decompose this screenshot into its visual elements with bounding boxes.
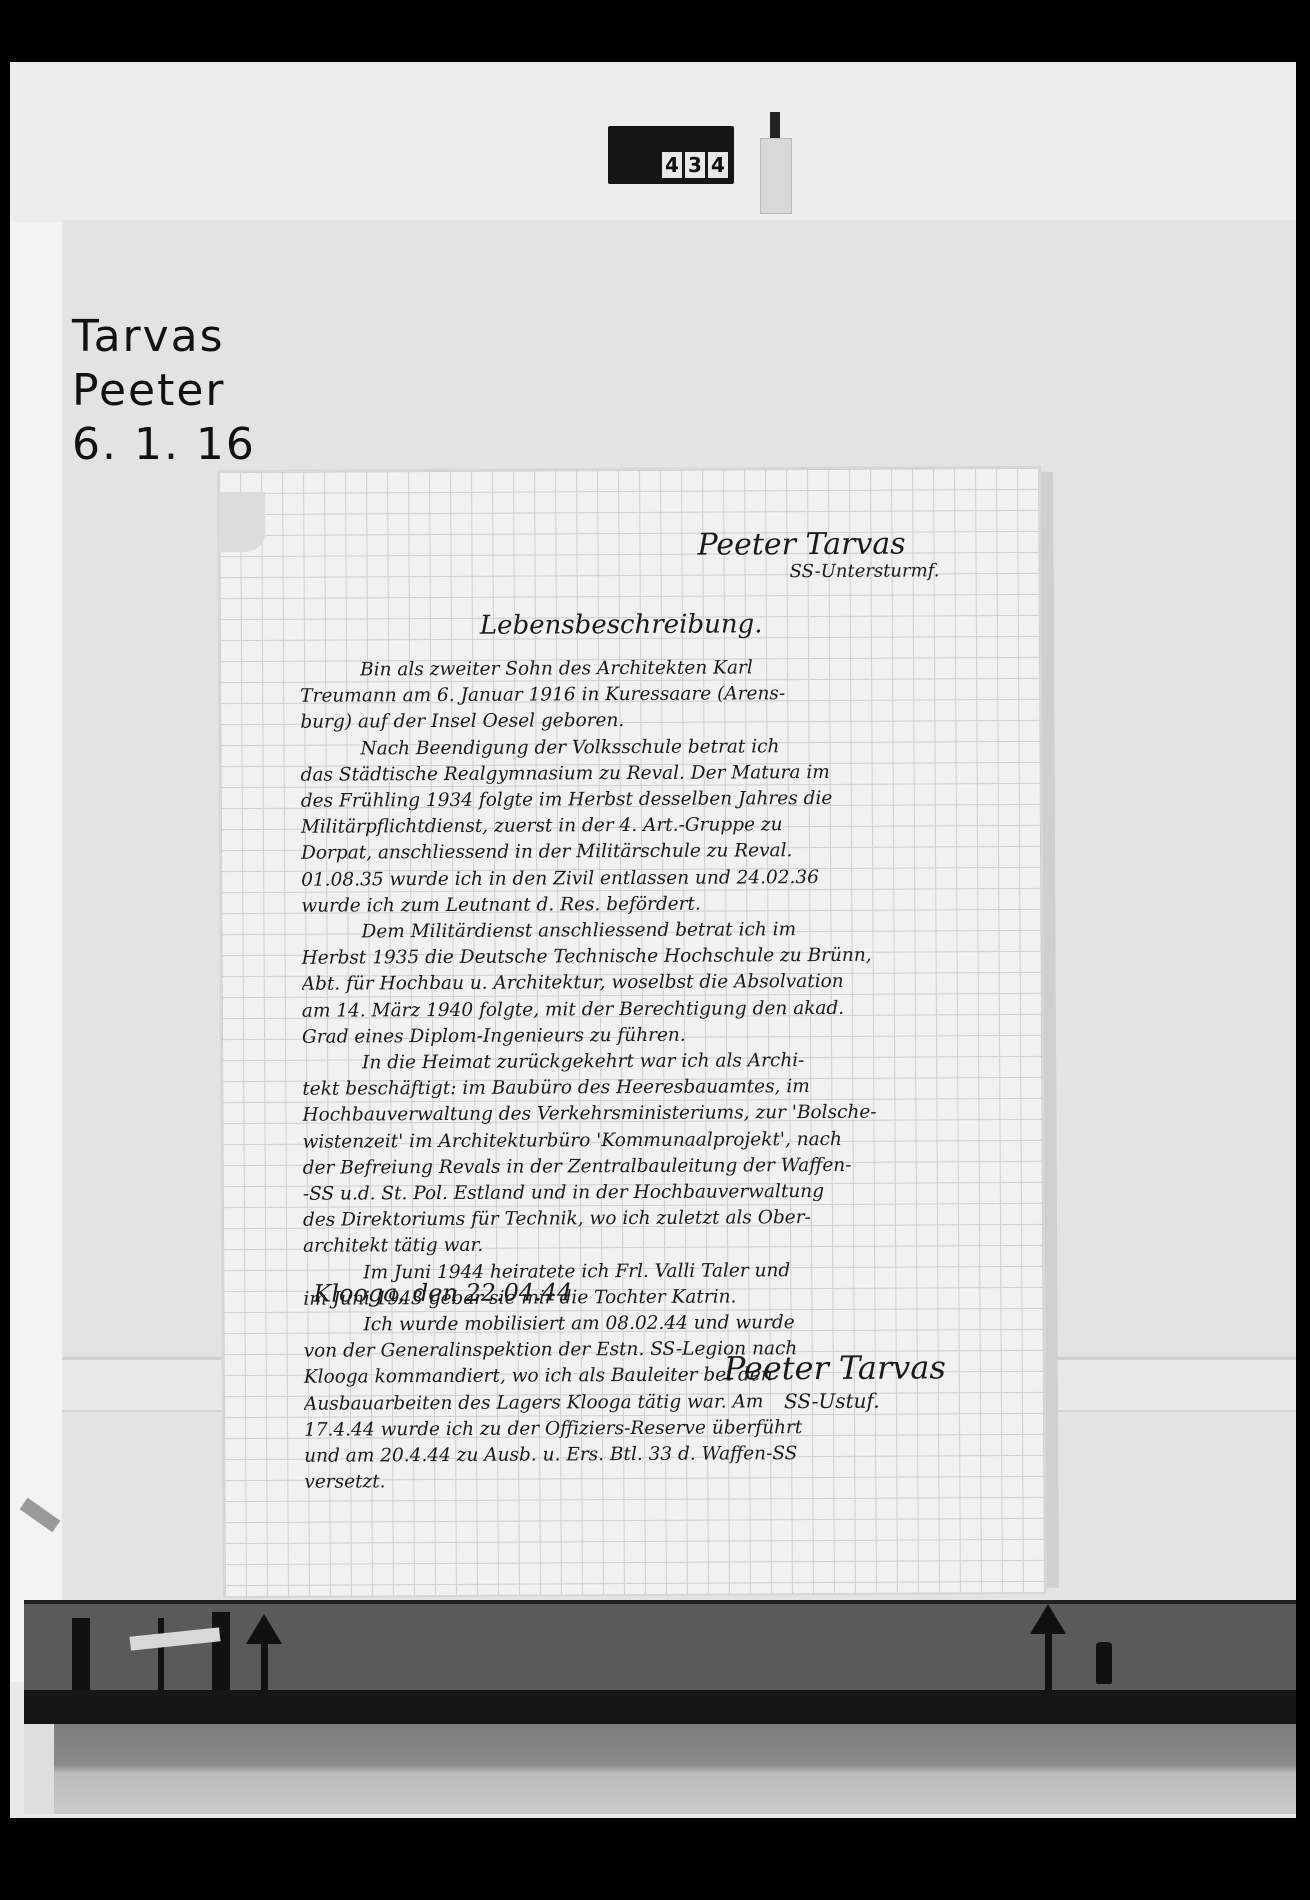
rail-shadow <box>24 1690 1296 1724</box>
body-line: versetzt. <box>304 1466 1024 1496</box>
body-line: In die Heimat zurückgekehrt war ich als … <box>302 1047 1022 1077</box>
body-line: das Städtische Realgymnasium zu Reval. D… <box>301 759 1021 789</box>
footer-signature: Peeter Tarvas <box>724 1348 946 1387</box>
document-page: Peeter Tarvas SS-Untersturmf. Lebensbesc… <box>219 468 1045 1596</box>
lower-surface <box>24 1724 1296 1814</box>
body-line: Dorpat, anschliessend in der Militärschu… <box>301 837 1021 867</box>
up-arrow-icon <box>1028 1604 1068 1694</box>
index-label: Tarvas Peeter 6. 1. 16 <box>72 310 256 472</box>
body-line: am 14. März 1940 folgte, mit der Berecht… <box>302 995 1022 1025</box>
footer-rank: SS-Ustuf. <box>784 1389 880 1414</box>
index-surname: Tarvas <box>72 310 256 364</box>
body-line: des Frühling 1934 folgte im Herbst desse… <box>301 785 1021 815</box>
body-line: Dem Militärdienst anschliessend betrat i… <box>301 916 1021 946</box>
body-line: Ich wurde mobilisiert am 08.02.44 und wu… <box>303 1309 1023 1339</box>
body-line: 01.08.35 wurde ich in den Zivil entlasse… <box>301 864 1021 894</box>
body-line: architekt tätig war. <box>303 1230 1023 1260</box>
header-rank: SS-Untersturmf. <box>790 560 940 582</box>
body-line: Abt. für Hochbau u. Architektur, woselbs… <box>302 968 1022 998</box>
body-line: tekt beschäftigt: im Baubüro des Heeresb… <box>302 1073 1022 1103</box>
weight-icon <box>1096 1642 1112 1684</box>
body-line: burg) auf der Insel Oesel geboren. <box>300 706 1020 736</box>
body-line: 17.4.44 wurde ich zu der Offiziers-Reser… <box>304 1414 1024 1444</box>
body-line: der Befreiung Revals in der Zentralbaule… <box>303 1152 1023 1182</box>
body-line: und am 20.4.44 zu Ausb. u. Ers. Btl. 33 … <box>304 1440 1024 1470</box>
body-line: Bin als zweiter Sohn des Architekten Kar… <box>300 654 1020 684</box>
place-date: Klooga, den 22.04.44 <box>313 1278 572 1307</box>
counter-digit: 3 <box>685 152 705 178</box>
index-given-name: Peeter <box>72 364 256 418</box>
left-margin-strip <box>10 222 62 1682</box>
index-birth-date: 6. 1. 16 <box>72 418 256 472</box>
document-title: Lebensbeschreibung. <box>480 609 763 640</box>
body-line: wistenzeit' im Architekturbüro 'Kommunaa… <box>303 1126 1023 1156</box>
body-line: -SS u.d. St. Pol. Estland und in der Hoc… <box>303 1178 1023 1208</box>
body-line: Hochbauverwaltung des Verkehrsministeriu… <box>302 1099 1022 1129</box>
body-line: wurde ich zum Leutnant d. Res. befördert… <box>301 890 1021 920</box>
body-line: Treumann am 6. Januar 1916 in Kuressaare… <box>300 680 1020 710</box>
body-line: Grad eines Diplom-Ingenieurs zu führen. <box>302 1021 1022 1051</box>
counter-digit: 4 <box>708 152 728 178</box>
frame-counter: 4 3 4 <box>608 126 734 184</box>
body-line: Nach Beendigung der Volksschule betrat i… <box>300 733 1020 763</box>
torn-corner <box>219 492 265 552</box>
body-line: Militärpflichtdienst, zuerst in der 4. A… <box>301 811 1021 841</box>
counter-digit: 4 <box>662 152 682 178</box>
body-line: des Direktoriums für Technik, wo ich zul… <box>303 1204 1023 1234</box>
clip-icon <box>758 112 794 218</box>
body-line: Herbst 1935 die Deutsche Technische Hoch… <box>302 942 1022 972</box>
header-signature: Peeter Tarvas <box>697 527 905 563</box>
body-line: Ausbauarbeiten des Lagers Klooga tätig w… <box>304 1388 1024 1418</box>
